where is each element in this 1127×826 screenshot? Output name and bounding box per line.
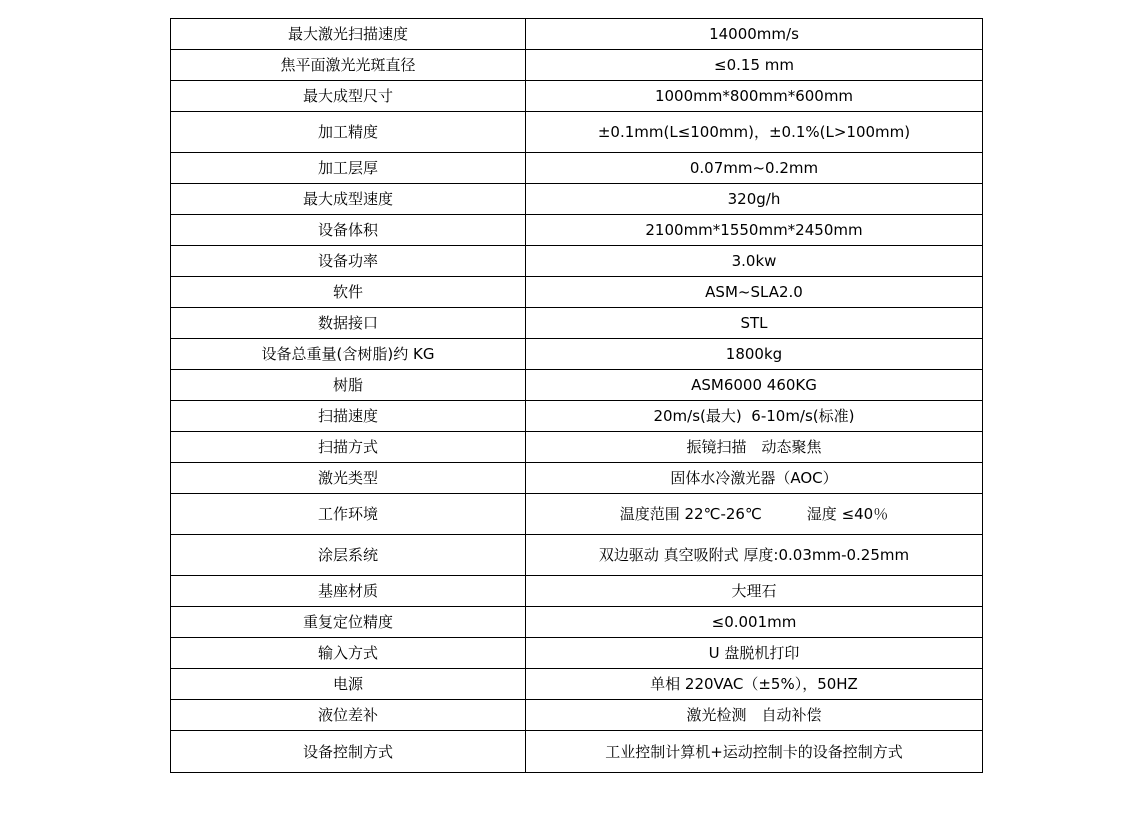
spec-value-cell: 大理石 [526,576,982,606]
table-row: 设备控制方式工业控制计算机+运动控制卡的设备控制方式 [171,731,982,772]
table-row: 设备体积2100mm*1550mm*2450mm [171,215,982,246]
spec-parameter-cell: 软件 [171,277,526,307]
spec-parameter-cell: 焦平面激光光斑直径 [171,50,526,80]
spec-table: 最大激光扫描速度14000mm/s焦平面激光光斑直径≤0.15 mm最大成型尺寸… [170,18,983,773]
spec-value-cell: 320g/h [526,184,982,214]
spec-parameter-cell: 设备体积 [171,215,526,245]
table-row: 最大成型速度320g/h [171,184,982,215]
spec-value-cell: ≤0.001mm [526,607,982,637]
spec-parameter-cell: 工作环境 [171,494,526,534]
table-row: 最大成型尺寸1000mm*800mm*600mm [171,81,982,112]
table-row: 液位差补激光检测 自动补偿 [171,700,982,731]
spec-parameter-cell: 加工精度 [171,112,526,152]
table-row: 激光类型固体水冷激光器（AOC） [171,463,982,494]
spec-parameter-cell: 树脂 [171,370,526,400]
spec-parameter-cell: 液位差补 [171,700,526,730]
spec-parameter-cell: 设备功率 [171,246,526,276]
table-row: 基座材质大理石 [171,576,982,607]
spec-parameter-cell: 扫描速度 [171,401,526,431]
table-row: 最大激光扫描速度14000mm/s [171,19,982,50]
spec-parameter-cell: 设备控制方式 [171,731,526,772]
table-row: 设备总重量(含树脂)约 KG1800kg [171,339,982,370]
spec-value-cell: 1800kg [526,339,982,369]
spec-parameter-cell: 设备总重量(含树脂)约 KG [171,339,526,369]
table-row: 扫描方式振镜扫描 动态聚焦 [171,432,982,463]
table-row: 重复定位精度≤0.001mm [171,607,982,638]
spec-parameter-cell: 重复定位精度 [171,607,526,637]
table-row: 加工层厚0.07mm~0.2mm [171,153,982,184]
spec-value-cell: 固体水冷激光器（AOC） [526,463,982,493]
spec-parameter-cell: 电源 [171,669,526,699]
spec-parameter-cell: 加工层厚 [171,153,526,183]
table-row: 设备功率3.0kw [171,246,982,277]
spec-parameter-cell: 扫描方式 [171,432,526,462]
spec-value-cell: 14000mm/s [526,19,982,49]
spec-value-cell: U 盘脱机打印 [526,638,982,668]
spec-value-cell: 20m/s(最大) 6-10m/s(标准) [526,401,982,431]
spec-parameter-cell: 涂层系统 [171,535,526,575]
spec-value-cell: ≤0.15 mm [526,50,982,80]
table-row: 电源单相 220VAC（±5%），50HZ [171,669,982,700]
table-row: 加工精度±0.1mm(L≤100mm)，±0.1%(L>100mm) [171,112,982,153]
spec-value-cell: 1000mm*800mm*600mm [526,81,982,111]
spec-value-cell: STL [526,308,982,338]
spec-parameter-cell: 最大激光扫描速度 [171,19,526,49]
spec-value-cell: ASM6000 460KG [526,370,982,400]
table-row: 涂层系统双边驱动 真空吸附式 厚度:0.03mm-0.25mm [171,535,982,576]
table-row: 数据接口STL [171,308,982,339]
table-row: 工作环境温度范围 22℃-26℃ 湿度 ≤40％ [171,494,982,535]
spec-parameter-cell: 激光类型 [171,463,526,493]
spec-value-cell: 工业控制计算机+运动控制卡的设备控制方式 [526,731,982,772]
spec-value-cell: 双边驱动 真空吸附式 厚度:0.03mm-0.25mm [526,535,982,575]
table-row: 树脂ASM6000 460KG [171,370,982,401]
table-row: 软件ASM~SLA2.0 [171,277,982,308]
spec-parameter-cell: 输入方式 [171,638,526,668]
spec-value-cell: 3.0kw [526,246,982,276]
table-row: 扫描速度20m/s(最大) 6-10m/s(标准) [171,401,982,432]
table-row: 输入方式U 盘脱机打印 [171,638,982,669]
spec-parameter-cell: 最大成型尺寸 [171,81,526,111]
spec-value-cell: 单相 220VAC（±5%），50HZ [526,669,982,699]
spec-parameter-cell: 基座材质 [171,576,526,606]
spec-table-body: 最大激光扫描速度14000mm/s焦平面激光光斑直径≤0.15 mm最大成型尺寸… [171,19,982,772]
spec-value-cell: 激光检测 自动补偿 [526,700,982,730]
spec-value-cell: 2100mm*1550mm*2450mm [526,215,982,245]
spec-parameter-cell: 数据接口 [171,308,526,338]
spec-parameter-cell: 最大成型速度 [171,184,526,214]
spec-value-cell: 振镜扫描 动态聚焦 [526,432,982,462]
spec-value-cell: 0.07mm~0.2mm [526,153,982,183]
spec-value-cell: ±0.1mm(L≤100mm)，±0.1%(L>100mm) [526,112,982,152]
table-row: 焦平面激光光斑直径≤0.15 mm [171,50,982,81]
spec-value-cell: 温度范围 22℃-26℃ 湿度 ≤40％ [526,494,982,534]
spec-value-cell: ASM~SLA2.0 [526,277,982,307]
